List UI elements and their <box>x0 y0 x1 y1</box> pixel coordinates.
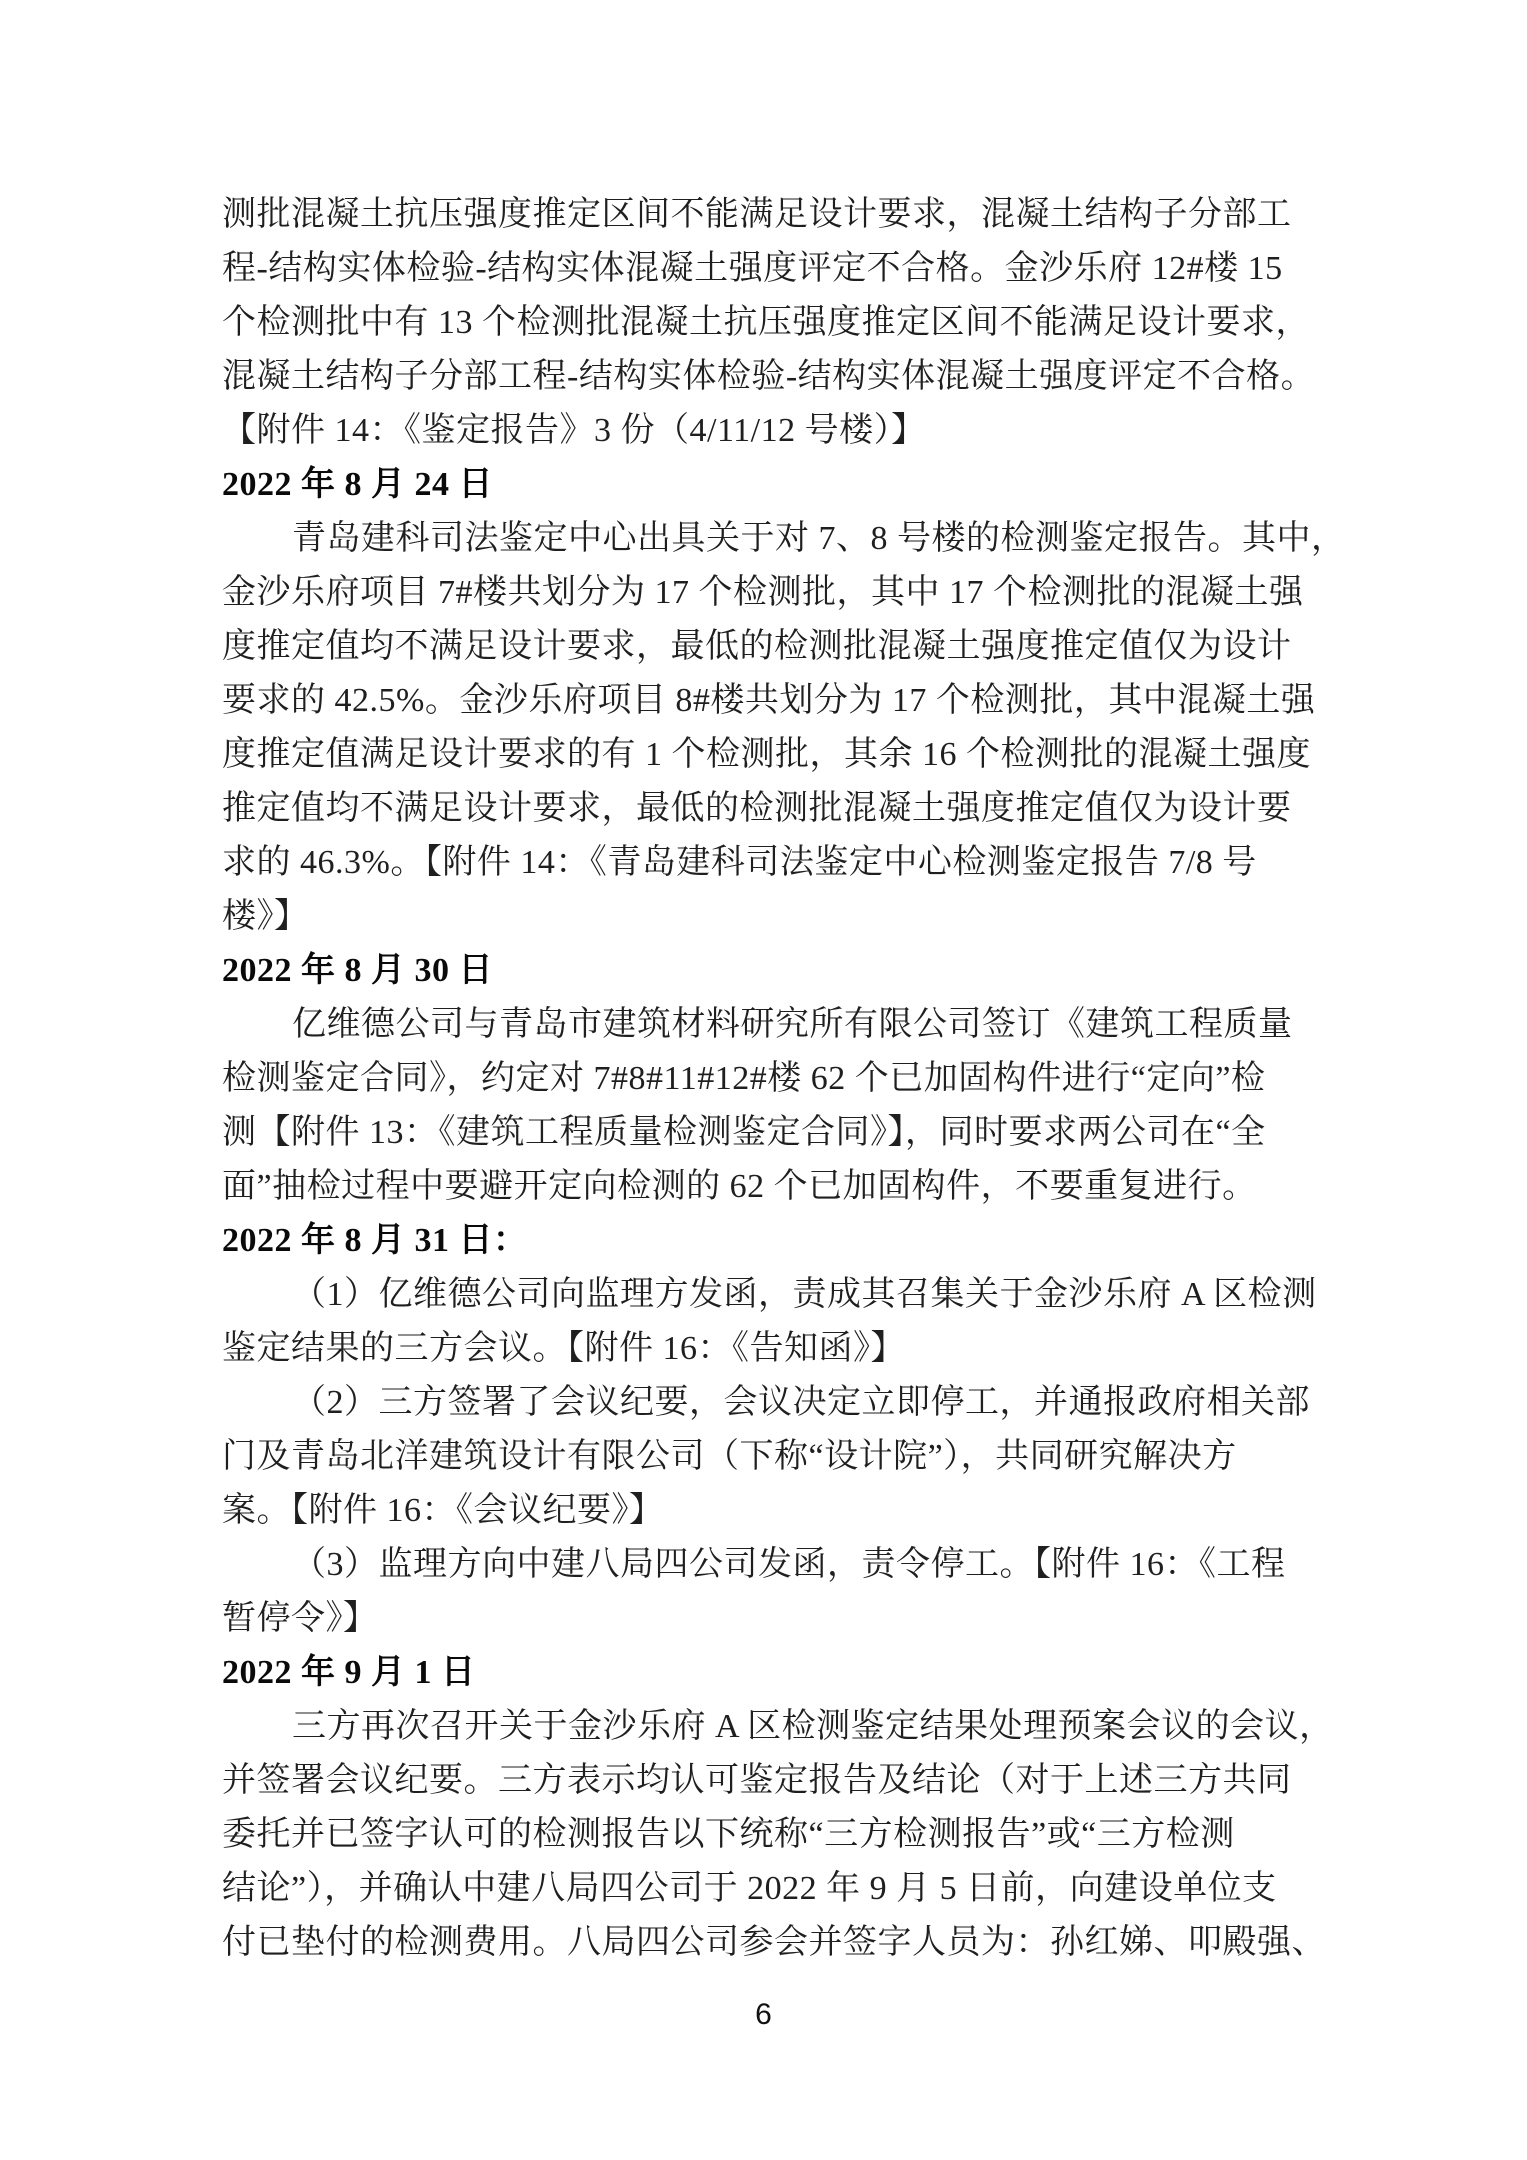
text-line: 门及青岛北洋建筑设计有限公司（下称“设计院”），共同研究解决方 <box>222 1430 1307 1484</box>
text-line: 求的 46.3%。【附件 14：《青岛建科司法鉴定中心检测鉴定报告 7/8 号 <box>222 836 1307 890</box>
text-line: 暂停令》】 <box>222 1592 1307 1646</box>
text-line: 要求的 42.5%。金沙乐府项目 8#楼共划分为 17 个检测批，其中混凝土强 <box>222 674 1307 728</box>
date-heading-line: 2022 年 8 月 24 日 <box>222 458 1307 512</box>
text-line: 度推定值满足设计要求的有 1 个检测批，其余 16 个检测批的混凝土强度 <box>222 728 1307 782</box>
text-line: 【附件 14：《鉴定报告》3 份（4/11/12 号楼）】 <box>222 404 1307 458</box>
text-line: 青岛建科司法鉴定中心出具关于对 7、8 号楼的检测鉴定报告。其中， <box>222 512 1307 566</box>
text-line: 测批混凝土抗压强度推定区间不能满足设计要求，混凝土结构子分部工 <box>222 188 1307 242</box>
text-line: 混凝土结构子分部工程-结构实体检验-结构实体混凝土强度评定不合格。 <box>222 350 1307 404</box>
text-line: （3）监理方向中建八局四公司发函，责令停工。【附件 16：《工程 <box>222 1538 1307 1592</box>
text-line: 个检测批中有 13 个检测批混凝土抗压强度推定区间不能满足设计要求， <box>222 296 1307 350</box>
text-line: 度推定值均不满足设计要求，最低的检测批混凝土强度推定值仅为设计 <box>222 620 1307 674</box>
date-heading-line: 2022 年 8 月 31 日： <box>222 1214 1307 1268</box>
text-line: 推定值均不满足设计要求，最低的检测批混凝土强度推定值仅为设计要 <box>222 782 1307 836</box>
text-line: 楼》】 <box>222 890 1307 944</box>
text-line: 检测鉴定合同》，约定对 7#8#11#12#楼 62 个已加固构件进行“定向”检 <box>222 1052 1307 1106</box>
text-line: 结论”），并确认中建八局四公司于 2022 年 9 月 5 日前，向建设单位支 <box>222 1862 1307 1916</box>
text-line: 测【附件 13：《建筑工程质量检测鉴定合同》】，同时要求两公司在“全 <box>222 1106 1307 1160</box>
text-line: 付已垫付的检测费用。八局四公司参会并签字人员为：孙红娣、叩殿强、 <box>222 1916 1307 1970</box>
document-body: 测批混凝土抗压强度推定区间不能满足设计要求，混凝土结构子分部工程-结构实体检验-… <box>222 188 1307 1970</box>
text-line: 鉴定结果的三方会议。【附件 16：《告知函》】 <box>222 1322 1307 1376</box>
text-line: 亿维德公司与青岛市建筑材料研究所有限公司签订《建筑工程质量 <box>222 998 1307 1052</box>
page-number: 6 <box>0 1998 1527 2032</box>
date-heading-line: 2022 年 9 月 1 日 <box>222 1646 1307 1700</box>
text-line: 案。【附件 16：《会议纪要》】 <box>222 1484 1307 1538</box>
text-line: 三方再次召开关于金沙乐府 A 区检测鉴定结果处理预案会议的会议， <box>222 1700 1307 1754</box>
text-line: 程-结构实体检验-结构实体混凝土强度评定不合格。金沙乐府 12#楼 15 <box>222 242 1307 296</box>
text-line: 委托并已签字认可的检测报告以下统称“三方检测报告”或“三方检测 <box>222 1808 1307 1862</box>
text-line: （2）三方签署了会议纪要，会议决定立即停工，并通报政府相关部 <box>222 1376 1307 1430</box>
text-line: 面”抽检过程中要避开定向检测的 62 个已加固构件，不要重复进行。 <box>222 1160 1307 1214</box>
date-heading-line: 2022 年 8 月 30 日 <box>222 944 1307 998</box>
text-line: 并签署会议纪要。三方表示均认可鉴定报告及结论（对于上述三方共同 <box>222 1754 1307 1808</box>
document-page: 测批混凝土抗压强度推定区间不能满足设计要求，混凝土结构子分部工程-结构实体检验-… <box>0 0 1527 2160</box>
text-line: （1）亿维德公司向监理方发函，责成其召集关于金沙乐府 A 区检测 <box>222 1268 1307 1322</box>
text-line: 金沙乐府项目 7#楼共划分为 17 个检测批，其中 17 个检测批的混凝土强 <box>222 566 1307 620</box>
